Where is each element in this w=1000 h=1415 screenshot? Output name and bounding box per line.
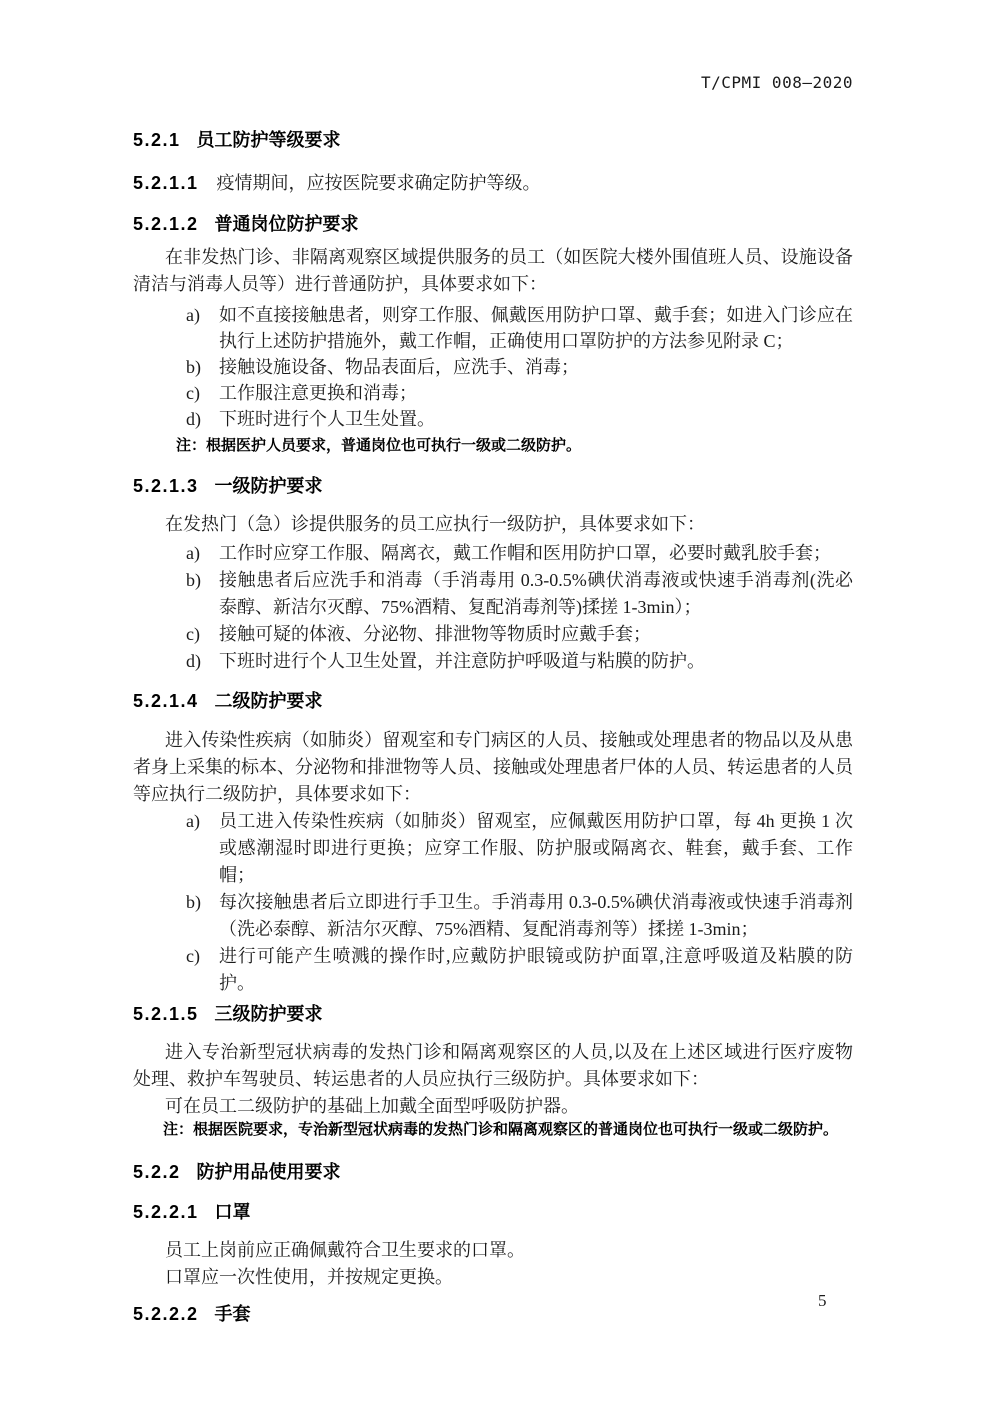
list-item-text: 接触患者后应洗手和消毒（手消毒用 0.3-0.5%碘伏消毒液或快速手消毒剂(洗必… — [219, 567, 853, 621]
list-item: c) 进行可能产生喷溅的操作时,应戴防护眼镜或防护面罩,注意呼吸道及粘膜的防护。 — [133, 943, 853, 997]
section-title: 手套 — [215, 1304, 251, 1324]
paragraph: 在发热门（急）诊提供服务的员工应执行一级防护，具体要求如下： — [133, 511, 853, 538]
section-heading-5-2-1: 5.2.1员工防护等级要求 — [133, 128, 853, 152]
list-item-marker: b) — [186, 889, 219, 943]
section-title: 普通岗位防护要求 — [215, 214, 359, 234]
section-title: 二级防护要求 — [215, 691, 323, 711]
list-item-text: 下班时进行个人卫生处置。 — [219, 406, 853, 432]
list-item-text: 接触可疑的体液、分泌物、排泄物等物质时应戴手套； — [219, 621, 853, 648]
list-item-text: 员工进入传染性疾病（如肺炎）留观室，应佩戴医用防护口罩，每 4h 更换 1 次或… — [219, 808, 853, 889]
list-item-marker: c) — [186, 621, 219, 648]
ordered-list: a) 如不直接接触患者，则穿工作服、佩戴医用防护口罩、戴手套；如进入门诊应在执行… — [133, 302, 853, 432]
paragraph: 进入专治新型冠状病毒的发热门诊和隔离观察区的人员,以及在上述区域进行医疗废物处理… — [133, 1039, 853, 1093]
section-heading-5-2-2: 5.2.2防护用品使用要求 — [133, 1160, 853, 1184]
paragraph: 进入传染性疾病（如肺炎）留观室和专门病区的人员、接触或处理患者的物品以及从患者身… — [133, 727, 853, 808]
list-item-marker: d) — [186, 648, 219, 675]
list-item-marker: b) — [186, 354, 219, 380]
list-item-text: 工作服注意更换和消毒； — [219, 380, 853, 406]
section-title: 防护用品使用要求 — [197, 1162, 341, 1182]
note: 注：根据医护人员要求，普通岗位也可执行一级或二级防护。 — [176, 436, 853, 456]
section-number: 5.2.2 — [133, 1162, 181, 1182]
clause-number: 5.2.1.1 — [133, 173, 199, 193]
section-number: 5.2.1.3 — [133, 476, 199, 496]
section-title: 三级防护要求 — [215, 1004, 323, 1024]
list-item-text: 如不直接接触患者，则穿工作服、佩戴医用防护口罩、戴手套；如进入门诊应在执行上述防… — [219, 302, 853, 354]
section-number: 5.2.2.2 — [133, 1304, 199, 1324]
list-item-marker: a) — [186, 540, 219, 567]
list-item: c) 工作服注意更换和消毒； — [133, 380, 853, 406]
clause-5-2-1-1: 5.2.1.1疫情期间，应按医院要求确定防护等级。 — [133, 170, 853, 197]
section-heading-5-2-1-5: 5.2.1.5三级防护要求 — [133, 1002, 853, 1026]
list-item: a) 工作时应穿工作服、隔离衣，戴工作帽和医用防护口罩，必要时戴乳胶手套； — [133, 540, 853, 567]
section-number: 5.2.1.2 — [133, 214, 199, 234]
section-number: 5.2.2.1 — [133, 1202, 199, 1222]
section-heading-5-2-2-2: 5.2.2.2手套 — [133, 1302, 853, 1326]
list-item: b) 每次接触患者后立即进行手卫生。手消毒用 0.3-0.5%碘伏消毒液或快速手… — [133, 889, 853, 943]
page-content: T/CPMI 008—2020 5.2.1员工防护等级要求 5.2.1.1疫情期… — [133, 0, 853, 1326]
list-item: a) 如不直接接触患者，则穿工作服、佩戴医用防护口罩、戴手套；如进入门诊应在执行… — [133, 302, 853, 354]
list-item: b) 接触患者后应洗手和消毒（手消毒用 0.3-0.5%碘伏消毒液或快速手消毒剂… — [133, 567, 853, 621]
list-item-text: 进行可能产生喷溅的操作时,应戴防护眼镜或防护面罩,注意呼吸道及粘膜的防护。 — [219, 943, 853, 997]
section-number: 5.2.1.5 — [133, 1004, 199, 1024]
list-item: c) 接触可疑的体液、分泌物、排泄物等物质时应戴手套； — [133, 621, 853, 648]
section-title: 口罩 — [215, 1202, 251, 1222]
section-heading-5-2-1-2: 5.2.1.2普通岗位防护要求 — [133, 212, 853, 236]
list-item: a) 员工进入传染性疾病（如肺炎）留观室，应佩戴医用防护口罩，每 4h 更换 1… — [133, 808, 853, 889]
page-number: 5 — [818, 1291, 827, 1311]
paragraph: 可在员工二级防护的基础上加戴全面型呼吸防护器。 — [133, 1093, 853, 1120]
list-item-marker: d) — [186, 406, 219, 432]
list-item-marker: b) — [186, 567, 219, 621]
section-title: 一级防护要求 — [215, 476, 323, 496]
list-item: d) 下班时进行个人卫生处置，并注意防护呼吸道与粘膜的防护。 — [133, 648, 853, 675]
standard-code: T/CPMI 008—2020 — [133, 74, 853, 92]
section-heading-5-2-2-1: 5.2.2.1口罩 — [133, 1200, 853, 1224]
section-heading-5-2-1-4: 5.2.1.4二级防护要求 — [133, 689, 853, 713]
section-number: 5.2.1.4 — [133, 691, 199, 711]
list-item-marker: c) — [186, 943, 219, 997]
ordered-list: a) 员工进入传染性疾病（如肺炎）留观室，应佩戴医用防护口罩，每 4h 更换 1… — [133, 808, 853, 997]
list-item-marker: a) — [186, 302, 219, 354]
ordered-list: a) 工作时应穿工作服、隔离衣，戴工作帽和医用防护口罩，必要时戴乳胶手套； b)… — [133, 540, 853, 675]
list-item-text: 每次接触患者后立即进行手卫生。手消毒用 0.3-0.5%碘伏消毒液或快速手消毒剂… — [219, 889, 853, 943]
section-heading-5-2-1-3: 5.2.1.3一级防护要求 — [133, 474, 853, 498]
clause-text: 疫情期间，应按医院要求确定防护等级。 — [217, 173, 541, 193]
list-item-marker: a) — [186, 808, 219, 889]
list-item-text: 下班时进行个人卫生处置，并注意防护呼吸道与粘膜的防护。 — [219, 648, 853, 675]
list-item-marker: c) — [186, 380, 219, 406]
list-item-text: 工作时应穿工作服、隔离衣，戴工作帽和医用防护口罩，必要时戴乳胶手套； — [219, 540, 853, 567]
paragraph: 在非发热门诊、非隔离观察区域提供服务的员工（如医院大楼外围值班人员、设施设备清洁… — [133, 244, 853, 298]
list-item: d) 下班时进行个人卫生处置。 — [133, 406, 853, 432]
section-number: 5.2.1 — [133, 130, 181, 150]
paragraph: 口罩应一次性使用，并按规定更换。 — [133, 1264, 853, 1291]
section-title: 员工防护等级要求 — [197, 130, 341, 150]
list-item-text: 接触设施设备、物品表面后，应洗手、消毒； — [219, 354, 853, 380]
list-item: b) 接触设施设备、物品表面后，应洗手、消毒； — [133, 354, 853, 380]
paragraph: 员工上岗前应正确佩戴符合卫生要求的口罩。 — [133, 1237, 853, 1264]
note: 注：根据医院要求，专治新型冠状病毒的发热门诊和隔离观察区的普通岗位也可执行一级或… — [163, 1120, 853, 1140]
document-page: T/CPMI 008—2020 5.2.1员工防护等级要求 5.2.1.1疫情期… — [0, 0, 1000, 1415]
